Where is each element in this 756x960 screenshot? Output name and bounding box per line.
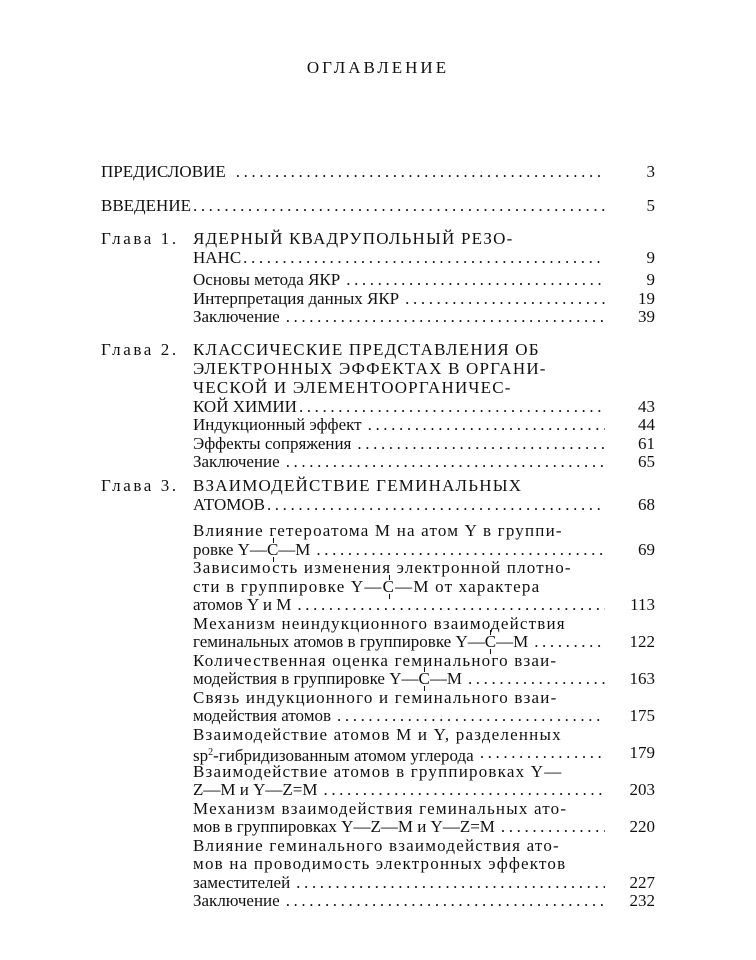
dot-leader: ........................................… xyxy=(405,290,605,308)
dot-leader: ........................................… xyxy=(346,271,605,289)
dot-leader: ........................................… xyxy=(534,633,605,651)
chapter-3-section: Зависимость изменения электронной плотно… xyxy=(193,559,572,577)
chapter-3-label: Глава 3. xyxy=(101,477,179,495)
chapter-3-section: Связь индукционного и геминального взаи- xyxy=(193,689,557,707)
dot-leader: ........................................… xyxy=(337,707,605,725)
dot-leader: ........................................… xyxy=(316,541,605,559)
page-number: 43 xyxy=(638,398,655,416)
chapter-3-section: геминальных атомов в группировке Y—C—M xyxy=(193,633,528,651)
entry-preface: ПРЕДИСЛОВИЕ xyxy=(101,163,226,181)
dot-leader: ........................................… xyxy=(368,416,605,434)
chapter-3-section: сти в группировке Y—C—M от характера xyxy=(193,578,540,596)
page-number: 39 xyxy=(638,308,655,326)
page-number: 113 xyxy=(630,596,655,614)
chapter-3-section: Механизм неиндукционного взаимодействия xyxy=(193,615,566,633)
chapter-3-section: Количественная оценка геминального взаи- xyxy=(193,652,557,670)
chapter-3-section: Взаимодействие атомов М и Y, разделенных xyxy=(193,726,562,744)
dot-leader: ........................................… xyxy=(480,744,605,762)
page-number: 175 xyxy=(630,707,656,725)
chapter-2-label: Глава 2. xyxy=(101,341,179,359)
page-number: 203 xyxy=(630,781,656,799)
page-number: 65 xyxy=(638,453,655,471)
page-number: 9 xyxy=(647,249,656,267)
dot-leader: ........................................… xyxy=(501,818,605,836)
chapter-3-section: заместителей xyxy=(193,874,290,892)
chapter-1-section: Заключение xyxy=(193,308,280,326)
page-number: 5 xyxy=(647,197,656,215)
chapter-1-title: ЯДЕРНЫЙ КВАДРУПОЛЬНЫЙ РЕЗО- xyxy=(193,230,513,248)
chapter-3-section: мов в группировках Y—Z—M и Y—Z=M xyxy=(193,818,495,836)
chapter-3-section: Влияние гетероатома М на атом Y в группи… xyxy=(193,522,563,540)
page-title: ОГЛАВЛЕНИЕ xyxy=(0,58,756,78)
chapter-3-title: АТОМОВ xyxy=(193,496,265,514)
page-number: 220 xyxy=(630,818,656,836)
chapter-3-section: Заключение xyxy=(193,892,280,910)
chapter-2-section: Заключение xyxy=(193,453,280,471)
carbon-bond-icon: C xyxy=(383,578,396,596)
chapter-3-section: модействия в группировке Y—C—M xyxy=(193,670,462,688)
page-number: 61 xyxy=(638,435,655,453)
chapter-3-section: Влияние геминального взаимодействия ато- xyxy=(193,837,560,855)
chapter-1-section: Основы метода ЯКР xyxy=(193,271,340,289)
carbon-bond-icon: C xyxy=(267,541,278,559)
carbon-bond-icon: C xyxy=(485,633,496,651)
entry-intro: ВВЕДЕНИЕ xyxy=(101,197,191,215)
chapter-3-section: атомов Y и M xyxy=(193,596,291,614)
chapter-2-title: ЧЕСКОЙ И ЭЛЕМЕНТООРГАНИЧЕС- xyxy=(193,379,512,397)
chapter-3-section: Взаимодействие атомов в группировках Y— xyxy=(193,763,562,781)
page-number: 227 xyxy=(630,874,656,892)
chapter-2-section: Эффекты сопряжения xyxy=(193,435,351,453)
page-number: 19 xyxy=(638,290,655,308)
page-number: 179 xyxy=(630,744,656,762)
dot-leader: ........................................… xyxy=(243,249,605,267)
chapter-1-section: Интерпретация данных ЯКР xyxy=(193,290,399,308)
dot-leader: ........................................… xyxy=(357,435,605,453)
chapter-2-title: КЛАССИЧЕСКИЕ ПРЕДСТАВЛЕНИЯ ОБ xyxy=(193,341,540,359)
page-number: 232 xyxy=(630,892,656,910)
chapter-3-section: мов на проводимость электронных эффектов xyxy=(193,855,566,873)
chapter-2-title: ЭЛЕКТРОННЫХ ЭФФЕКТАХ В ОРГАНИ- xyxy=(193,360,547,378)
chapter-1-title: НАНС xyxy=(193,249,241,267)
carbon-bond-icon: C xyxy=(418,670,429,688)
dot-leader: ........................................… xyxy=(286,308,605,326)
page-number: 3 xyxy=(647,163,656,181)
page-number: 68 xyxy=(638,496,655,514)
dot-leader: ........................................… xyxy=(267,496,605,514)
chapter-3-section: ровке Y—C—M xyxy=(193,541,310,559)
chapter-1-label: Глава 1. xyxy=(101,230,179,248)
chapter-3-section: Z—M и Y—Z=M xyxy=(193,781,317,799)
dot-leader: ........................................… xyxy=(193,197,605,215)
page-number: 122 xyxy=(630,633,656,651)
chapter-2-section: Индукционный эффект xyxy=(193,416,362,434)
page-number: 163 xyxy=(630,670,656,688)
chapter-2-title: КОЙ ХИМИИ xyxy=(193,398,297,416)
dot-leader: ........................................… xyxy=(299,398,605,416)
dot-leader: ........................................… xyxy=(286,453,605,471)
dot-leader: ........................................… xyxy=(468,670,605,688)
chapter-3-title: ВЗАИМОДЕЙСТВИЕ ГЕМИНАЛЬНЫХ xyxy=(193,477,522,495)
dot-leader: ........................................… xyxy=(236,163,605,181)
dot-leader: ........................................… xyxy=(296,874,605,892)
chapter-3-section: модействия атомов xyxy=(193,707,331,725)
dot-leader: ........................................… xyxy=(286,892,605,910)
page-number: 44 xyxy=(638,416,655,434)
dot-leader: ........................................… xyxy=(323,781,605,799)
page-number: 69 xyxy=(638,541,655,559)
page-number: 9 xyxy=(647,271,656,289)
chapter-3-section: Механизм взаимодействия геминальных ато- xyxy=(193,800,567,818)
dot-leader: ........................................… xyxy=(297,596,605,614)
